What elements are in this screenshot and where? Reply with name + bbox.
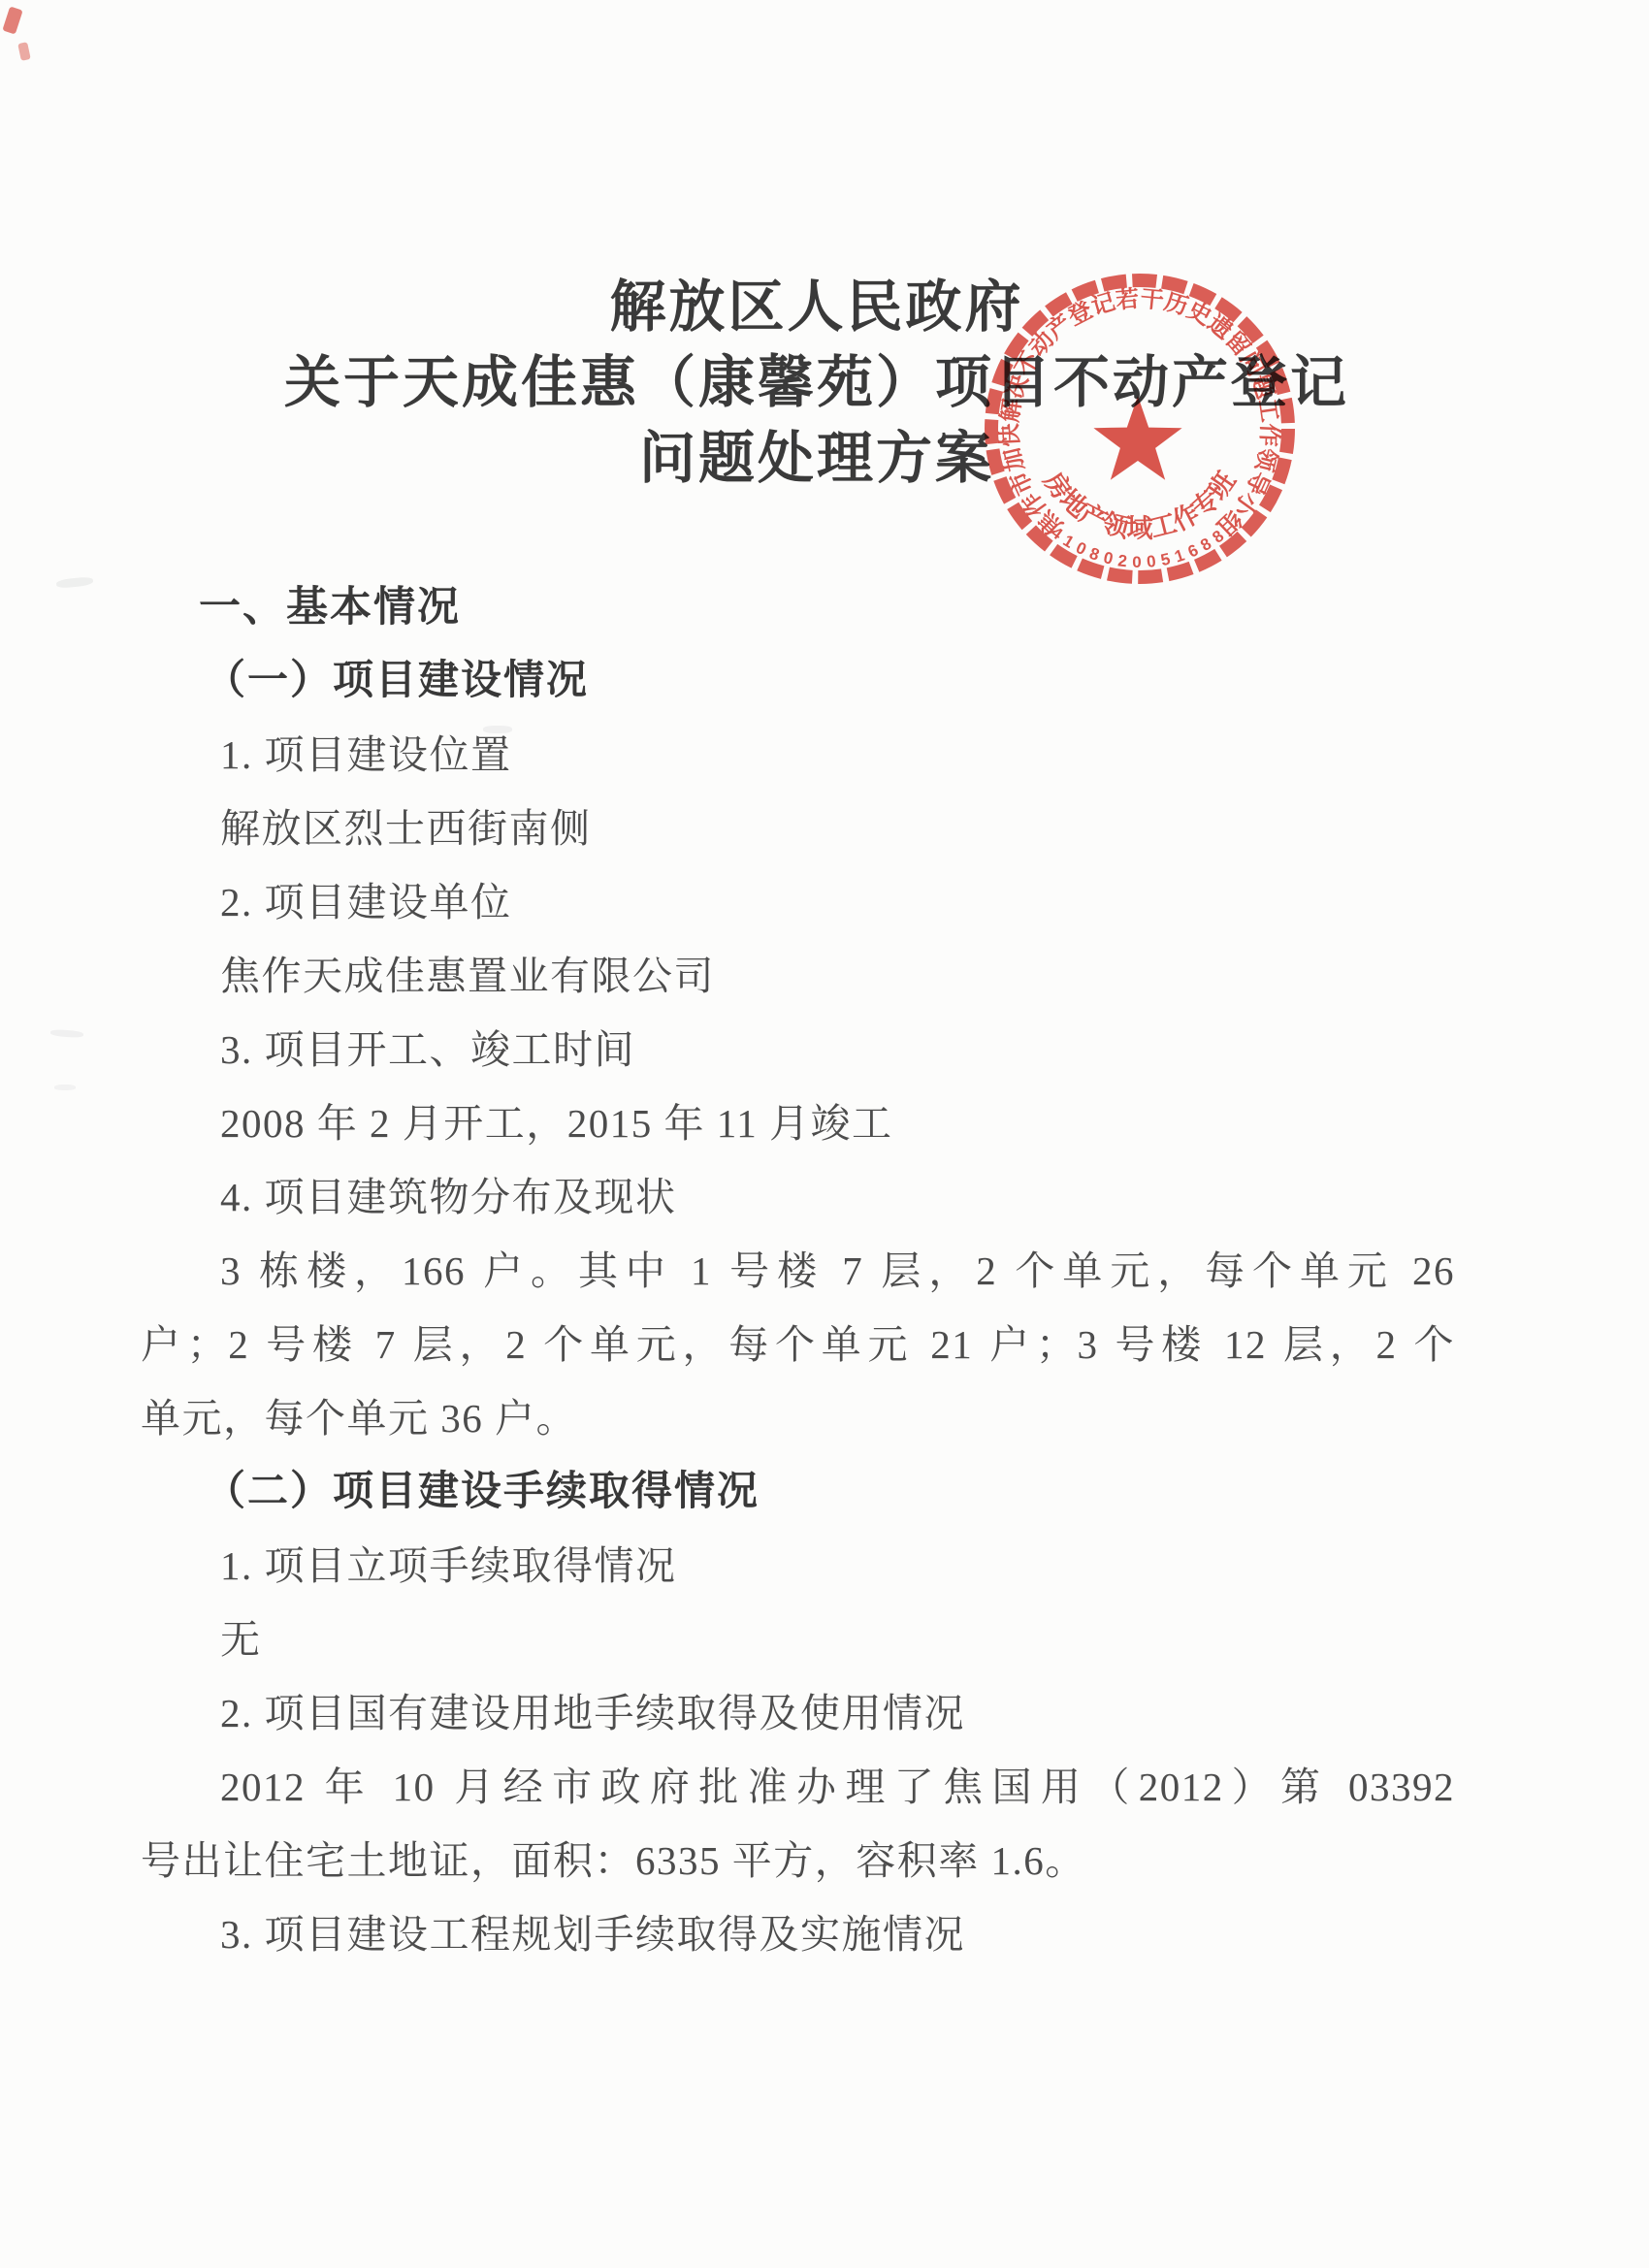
body-line: 2008 年 2 月开工，2015 年 11 月竣工 [141, 1086, 1455, 1160]
body-line: 单元，每个单元 36 户。 [141, 1381, 1455, 1455]
body-line: （一）项目建设情况 [141, 644, 1455, 718]
stamp-serial-number: 4108020051688 [1048, 523, 1232, 571]
document-body: 一、基本情况（一）项目建设情况1. 项目建设位置解放区烈士西街南侧2. 项目建设… [141, 570, 1455, 1971]
scan-red-mark [2, 6, 22, 34]
document-title-line: 问题处理方案 [0, 421, 1633, 497]
body-line: 号出让住宅土地证，面积：6335 平方，容积率 1.6。 [141, 1824, 1455, 1897]
body-line: 1. 项目建设位置 [141, 718, 1455, 792]
body-line: 2. 项目建设单位 [141, 865, 1455, 939]
body-line: 解放区烈士西街南侧 [141, 792, 1455, 865]
body-line: （二）项目建设手续取得情况 [141, 1455, 1455, 1529]
body-line: 1. 项目立项手续取得情况 [141, 1529, 1455, 1603]
body-line: 一、基本情况 [141, 570, 1455, 644]
document-page: 解放区人民政府 关于天成佳惠（康馨苑）项目不动产登记 问题处理方案 一、基本情况… [0, 0, 1649, 2268]
document-title: 解放区人民政府 关于天成佳惠（康馨苑）项目不动产登记 问题处理方案 [0, 270, 1633, 497]
scan-smudge [56, 576, 94, 589]
body-line: 户；2 号楼 7 层，2 个单元，每个单元 21 户；3 号楼 12 层，2 个 [141, 1308, 1455, 1381]
scan-smudge [50, 1029, 83, 1038]
body-line: 2012 年 10 月经市政府批准办理了焦国用（2012）第 03392 [141, 1750, 1455, 1824]
body-line: 焦作天成佳惠置业有限公司 [141, 939, 1455, 1013]
body-line: 3 栋楼，166 户。其中 1 号楼 7 层，2 个单元，每个单元 26 [141, 1234, 1455, 1308]
body-line: 无 [141, 1603, 1455, 1676]
document-title-line: 解放区人民政府 [0, 270, 1633, 345]
svg-text:4108020051688: 4108020051688 [1048, 523, 1232, 571]
body-line: 3. 项目建设工程规划手续取得及实施情况 [141, 1897, 1455, 1971]
body-line: 3. 项目开工、竣工时间 [141, 1013, 1455, 1086]
document-title-line: 关于天成佳惠（康馨苑）项目不动产登记 [0, 345, 1633, 421]
scan-red-mark [17, 42, 31, 61]
body-line: 2. 项目国有建设用地手续取得及使用情况 [141, 1676, 1455, 1750]
scan-smudge [54, 1085, 76, 1090]
body-line: 4. 项目建筑物分布及现状 [141, 1160, 1455, 1234]
